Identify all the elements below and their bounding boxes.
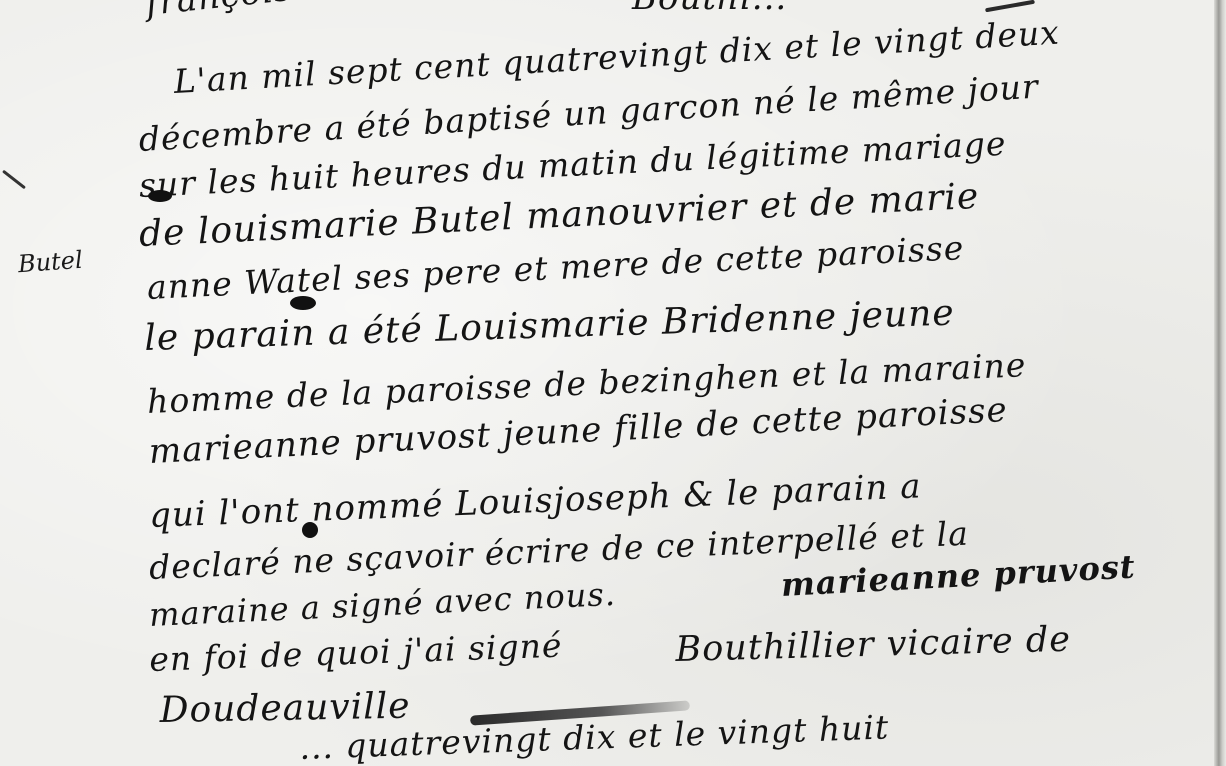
record-line-6: le parain a été Louismarie Bridenne jeun… [144,293,956,359]
margin-note-surname: Butel [17,246,83,278]
ink-blot [148,190,172,202]
margin-stroke [2,170,26,190]
ink-blot [290,296,316,310]
top-fragment-left: françois ... [144,0,341,24]
vicar-signature: Bouthillier vicaire de [675,620,1072,670]
record-line-12: en foi de quoi j'ai signé [149,626,563,679]
top-dash-stroke [985,0,1035,12]
page-binding-edge [1214,0,1226,766]
top-fragment-center: Bouthi... [632,0,787,18]
register-page: françois ... Bouthi... Butel L'an mil se… [0,0,1226,766]
ink-blot [302,522,318,538]
vicar-place: Doudeauville [159,686,411,731]
